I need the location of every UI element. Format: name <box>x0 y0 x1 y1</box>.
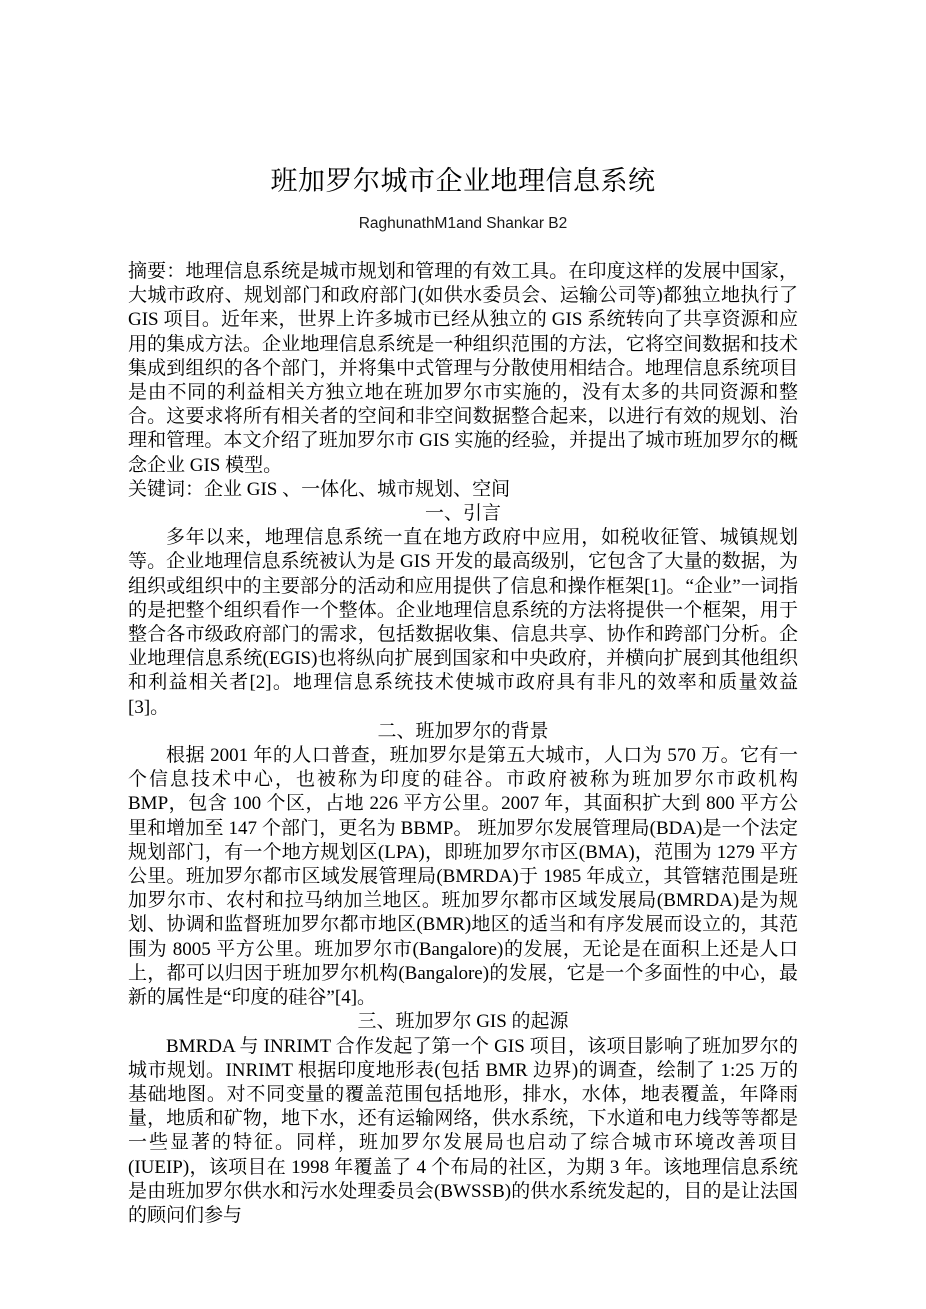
section-heading-introduction: 一、引言 <box>128 502 798 526</box>
paper-title: 班加罗尔城市企业地理信息系统 <box>128 164 798 198</box>
paper-body: 摘要：地理信息系统是城市规划和管理的有效工具。在印度这样的发展中国家，大城市政府… <box>128 260 798 1228</box>
paper-authors: RaghunathM1and Shankar B2 <box>128 214 798 234</box>
abstract-paragraph: 摘要：地理信息系统是城市规划和管理的有效工具。在印度这样的发展中国家，大城市政府… <box>128 260 798 478</box>
keywords-line: 关键词：企业 GIS 、一体化、城市规划、空间 <box>128 478 798 502</box>
section-paragraph-background: 根据 2001 年的人口普查，班加罗尔是第五大城市，人口为 570 万。它有一个… <box>128 744 798 1010</box>
section-heading-background: 二、班加罗尔的背景 <box>128 720 798 744</box>
document-page: 班加罗尔城市企业地理信息系统 RaghunathM1and Shankar B2… <box>0 0 926 1309</box>
section-paragraph-gis-origins: BMRDA 与 INRIMT 合作发起了第一个 GIS 项目，该项目影响了班加罗… <box>128 1035 798 1229</box>
section-paragraph-introduction: 多年以来，地理信息系统一直在地方政府中应用，如税收征管、城镇规划等。企业地理信息… <box>128 526 798 720</box>
section-heading-gis-origins: 三、班加罗尔 GIS 的起源 <box>128 1010 798 1034</box>
